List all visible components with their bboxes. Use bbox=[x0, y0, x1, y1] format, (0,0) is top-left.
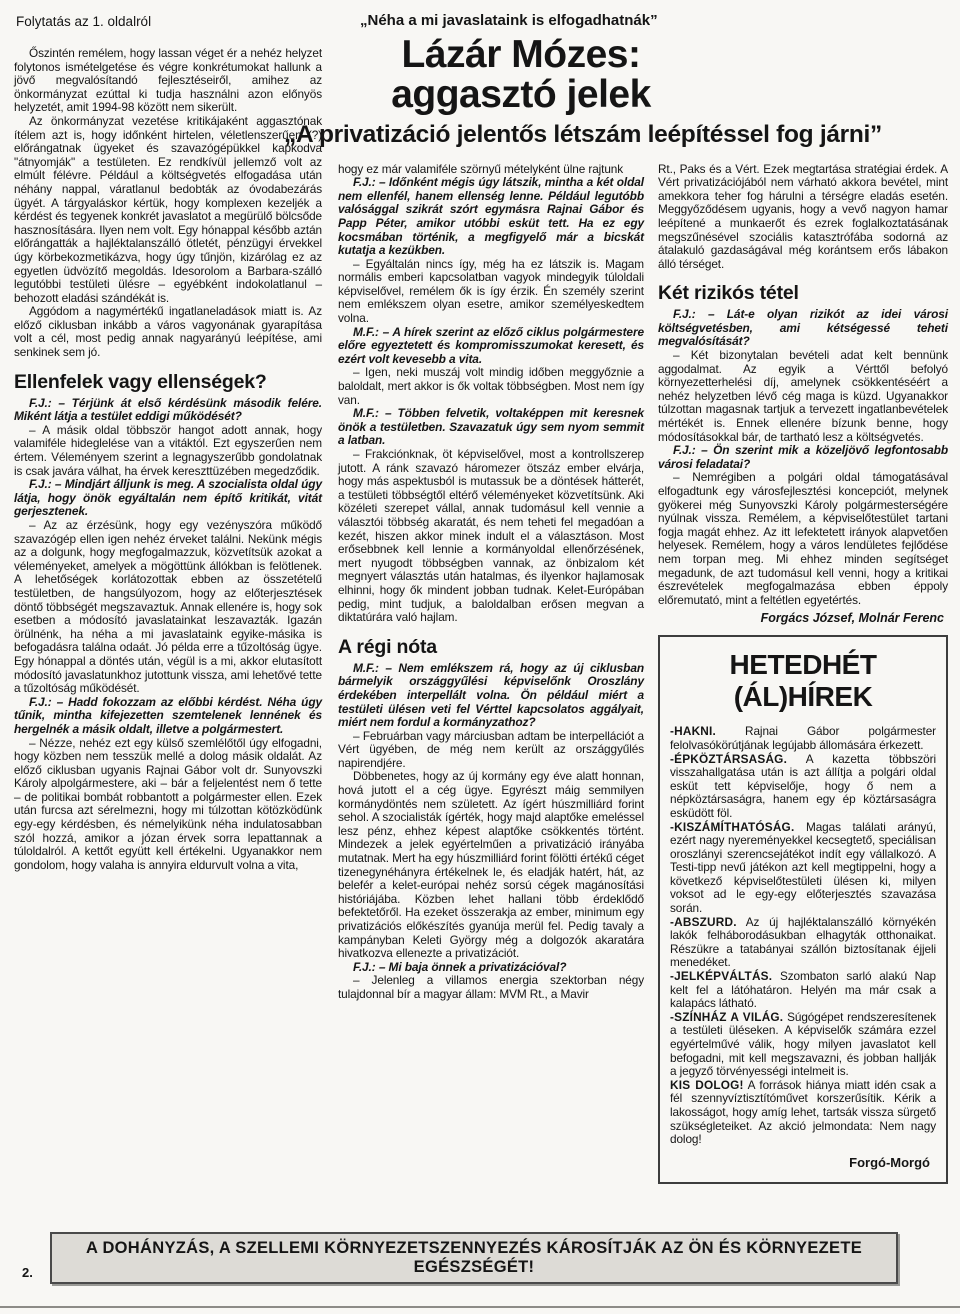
newspaper-page: Folytatás az 1. oldalról Őszintén reméle… bbox=[0, 0, 960, 1314]
paragraph: Aggódom a nagymértékű ingatlaneladások m… bbox=[14, 305, 322, 359]
interview-question: F.J.: – Lát-e olyan rizikót az idei váro… bbox=[658, 308, 948, 349]
continuation-note: Folytatás az 1. oldalról bbox=[16, 14, 322, 29]
news-item: KIS DOLOG! A források hiánya miatt idén … bbox=[670, 1079, 936, 1147]
section-heading: A régi nóta bbox=[338, 636, 644, 659]
column-left: Folytatás az 1. oldalról Őszintén reméle… bbox=[14, 12, 322, 1184]
news-item-lead: -KISZÁMÍTHATÓSÁG. bbox=[670, 820, 794, 834]
interview-question: M.F.: – A hírek szerint az előző ciklus … bbox=[338, 326, 644, 367]
right-section: „Néha a mi javaslataink is elfogadhatnák… bbox=[338, 12, 948, 1184]
news-item-lead: KIS DOLOG! bbox=[670, 1078, 744, 1092]
paragraph: Az önkormányzat vezetése kritikájaként a… bbox=[14, 115, 322, 305]
paragraph: hogy ez már valamiféle szörnyű mételykén… bbox=[338, 163, 644, 177]
footer-rule bbox=[0, 1306, 960, 1308]
column-right-text: Rt., Paks és a Vért. Ezek megtartása str… bbox=[658, 163, 948, 608]
news-item-lead: -ÉPKÖZTÁRSASÁG. bbox=[670, 752, 787, 766]
page-number: 2. bbox=[22, 1265, 33, 1280]
news-item-lead: -ABSZURD. bbox=[670, 915, 737, 929]
news-box-title: HETEDHÉT (ÁL)HÍREK bbox=[670, 649, 936, 713]
column-middle: hogy ez már valamiféle szörnyű mételykén… bbox=[338, 163, 644, 1184]
health-warning-banner: A DOHÁNYZÁS, A SZELLEMI KÖRNYEZETSZENNYE… bbox=[50, 1232, 898, 1284]
column-right: Rt., Paks és a Vért. Ezek megtartása str… bbox=[658, 163, 948, 1184]
news-item: -KISZÁMÍTHATÓSÁG. Magas találati arányú,… bbox=[670, 821, 936, 916]
interview-question: F.J.: – Mindjárt álljunk is meg. A szoci… bbox=[14, 478, 322, 519]
paragraph: – Februárban vagy márciusban adtam be in… bbox=[338, 730, 644, 771]
page-footer: 2. A DOHÁNYZÁS, A SZELLEMI KÖRNYEZETSZEN… bbox=[0, 1242, 960, 1284]
news-item: -JELKÉPVÁLTÁS. Szombaton sarló alakú Nap… bbox=[670, 970, 936, 1011]
news-box: HETEDHÉT (ÁL)HÍREK -HAKNI. Rajnai Gábor … bbox=[658, 635, 948, 1183]
paragraph: – Igen, neki muszáj volt mindig időben m… bbox=[338, 366, 644, 407]
news-item: -ÉPKÖZTÁRSASÁG. A kazetta többszöri viss… bbox=[670, 753, 936, 821]
news-item: -SZÍNHÁZ A VILÁG. Súgógépet rendszeresít… bbox=[670, 1011, 936, 1079]
paragraph: Rt., Paks és a Vért. Ezek megtartása str… bbox=[658, 163, 948, 272]
news-box-items: -HAKNI. Rajnai Gábor polgármester felolv… bbox=[670, 725, 936, 1146]
paragraph: – Egyáltalán nincs így, még ha ez látszi… bbox=[338, 258, 644, 326]
news-item-lead: -SZÍNHÁZ A VILÁG. bbox=[670, 1010, 783, 1024]
section-heading: Ellenfelek vagy ellenségek? bbox=[14, 371, 322, 394]
page-content: Folytatás az 1. oldalról Őszintén reméle… bbox=[14, 12, 948, 1184]
news-item-lead: -HAKNI. bbox=[670, 724, 716, 738]
section-heading: Két rizikós tétel bbox=[658, 282, 948, 305]
paragraph: – A másik oldal többször hangot adott an… bbox=[14, 424, 322, 478]
article-subtitle: „A privatizáció jelentős létszám leépíté… bbox=[284, 121, 948, 149]
article-byline: Forgács József, Molnár Ferenc bbox=[658, 611, 944, 625]
paragraph: – Nemrégiben a polgári oldal támogatásáv… bbox=[658, 471, 948, 607]
interview-question: F.J.: – Mi baja önnek a privatizációval? bbox=[338, 961, 644, 975]
paragraph: – Jelenleg a villamos energia szektorban… bbox=[338, 974, 644, 1001]
interview-question: F.J.: – Ön szerint mik a közeljövő legfo… bbox=[658, 444, 948, 471]
column-middle-text: hogy ez már valamiféle szörnyű mételykén… bbox=[338, 163, 644, 1002]
article-kicker: „Néha a mi javaslataink is elfogadhatnák… bbox=[338, 12, 680, 29]
interview-question: F.J.: – Hadd fokozzam az előbbi kérdést.… bbox=[14, 696, 322, 737]
paragraph: – Nézze, nehéz ezt egy külső szemlélőtől… bbox=[14, 737, 322, 873]
article-headline: Lázár Mózes: aggasztó jelek bbox=[338, 35, 704, 115]
article-header: „Néha a mi javaslataink is elfogadhatnák… bbox=[338, 12, 948, 149]
news-item: -HAKNI. Rajnai Gábor polgármester felolv… bbox=[670, 725, 936, 752]
column-left-text: Őszintén remélem, hogy lassan véget ér a… bbox=[14, 47, 322, 872]
interview-question: M.F.: – Többen felvetik, voltaképpen mit… bbox=[338, 407, 644, 448]
news-box-signature: Forgó-Morgó bbox=[670, 1155, 930, 1170]
paragraph: Döbbenetes, hogy az új kormány egy éve a… bbox=[338, 770, 644, 960]
news-item-lead: -JELKÉPVÁLTÁS. bbox=[670, 969, 772, 983]
interview-question: F.J.: – Időnként mégis úgy látszik, mint… bbox=[338, 176, 644, 258]
paragraph: – Két bizonytalan bevételi adat kelt ben… bbox=[658, 349, 948, 444]
interview-question: F.J.: – Térjünk át első kérdésünk másodi… bbox=[14, 397, 322, 424]
interview-question: M.F.: – Nem emlékszem rá, hogy az új cik… bbox=[338, 662, 644, 730]
paragraph: – Frakciónknak, öt képviselővel, most a … bbox=[338, 448, 644, 625]
news-item: -ABSZURD. Az új hajléktalanszálló környé… bbox=[670, 916, 936, 970]
paragraph: – Az az érzésünk, hogy egy vezényszóra m… bbox=[14, 519, 322, 696]
paragraph: Őszintén remélem, hogy lassan véget ér a… bbox=[14, 47, 322, 115]
